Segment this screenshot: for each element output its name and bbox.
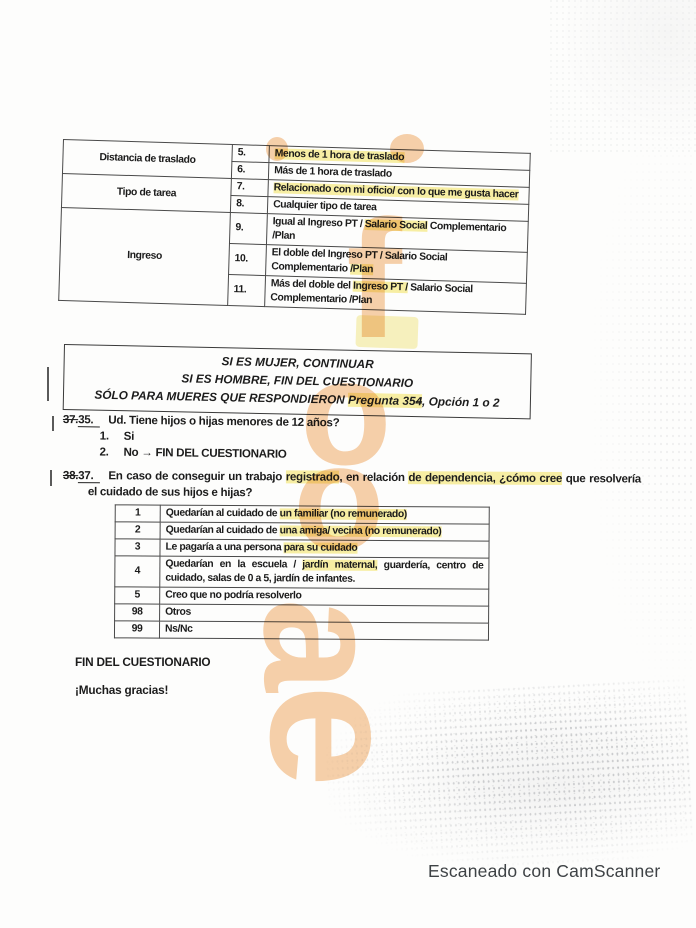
arrow-icon: → [141,446,152,459]
option-number: 6. [231,162,268,180]
highlighted-text: Menos de 1 hora de traslado [274,148,404,163]
row-group-label: Tipo de tarea [61,174,231,213]
highlighted-text: de dependencia, ¿cómo cree [408,471,562,485]
answer-text: Creo que no podría resolverlo [160,587,489,606]
options-table-section: Distancia de traslado 5. Menos de 1 hora… [58,139,531,315]
answer-text: Quedarían al cuidado de un familiar (no … [160,505,489,524]
margin-tick-mark [50,470,52,486]
answer-text: Quedarían al cuidado de una amiga/ vecin… [160,522,489,541]
end-of-questionnaire-label: FIN DEL CUESTIONARIO [75,655,210,669]
new-question-number: 37. [78,469,100,483]
option-number: 9. [229,213,267,245]
row-group-label: Distancia de traslado [62,140,232,179]
option-number: 10. [229,244,267,276]
question-37-heading: 38.37.En caso de conseguir un trabajo re… [63,468,641,504]
answer-option: 2.No → FIN DEL CUESTIONARIO [99,445,622,464]
answer-code: 2 [115,522,160,539]
new-question-number: 35. [78,413,100,427]
answer-code: 3 [115,539,160,556]
option-number: 11. [228,275,266,307]
scan-noise [321,677,694,880]
margin-tick-mark [52,416,54,431]
question-37-block: 38.37.En caso de conseguir un trabajo re… [62,468,641,642]
options-table: Distancia de traslado 5. Menos de 1 hora… [58,139,531,315]
option-number: 8. [230,196,267,214]
scanned-questionnaire-page: Distancia de traslado 5. Menos de 1 hora… [0,0,696,928]
table-row: 4 Quedarían en la escuela / jardín mater… [115,556,489,589]
table-row: 99 Ns/Nc [114,621,488,640]
highlighted-text: registrado [286,470,340,483]
answer-code: 5 [115,587,160,604]
highlighted-text: /Plan [350,264,373,276]
option-number: 7. [231,179,268,197]
answers-table: 1 Quedarían al cuidado de un familiar (n… [114,504,490,641]
highlighter-streak [355,315,418,349]
highlighted-text: Pregunta 35 [348,393,416,408]
row-group-label: Ingreso [59,208,231,306]
answer-text: Ns/Nc [159,621,488,640]
thanks-label: ¡Muchas gracias! [75,683,168,697]
answer-text: Otros [160,604,489,623]
option-text: Más del doble del Ingreso PT / Salario S… [265,276,527,315]
highlighted-text: una amiga/ vecina (no remunerado) [280,525,442,537]
answer-code: 98 [115,604,160,621]
camscanner-credit: Escaneado con CamScanner [428,861,660,882]
old-question-number: 38. [63,469,78,482]
watermark-letter: e [260,685,408,788]
answer-code: 99 [114,621,159,638]
answer-text: Quedarían en la escuela / jardín materna… [160,556,489,589]
option-number: 5. [232,145,269,163]
directive-box: SI ES MUJER, CONTINUAR SI ES HOMBRE, FIN… [63,344,532,419]
scan-noise [548,0,696,155]
highlighted-text: Ingreso PT / [353,281,408,294]
highlighted-text: Salario Social [365,219,428,232]
question-text: Ud. Tiene hijos o hijas menores de 12 añ… [108,414,339,430]
answer-code: 4 [115,556,160,587]
question-35-block: 37.35.Ud. Tiene hijos o hijas menores de… [62,413,623,465]
highlighted-text: jardín maternal, [302,560,377,571]
old-question-number: 37. [63,413,78,426]
highlighted-text: un familiar (no remunerado) [280,508,407,520]
answer-code: 1 [115,505,160,522]
answer-text: Le pagaría a una persona para su cuidado [160,539,489,558]
margin-tick-mark [47,367,49,401]
highlighted-text: para su cuidado [284,542,358,553]
